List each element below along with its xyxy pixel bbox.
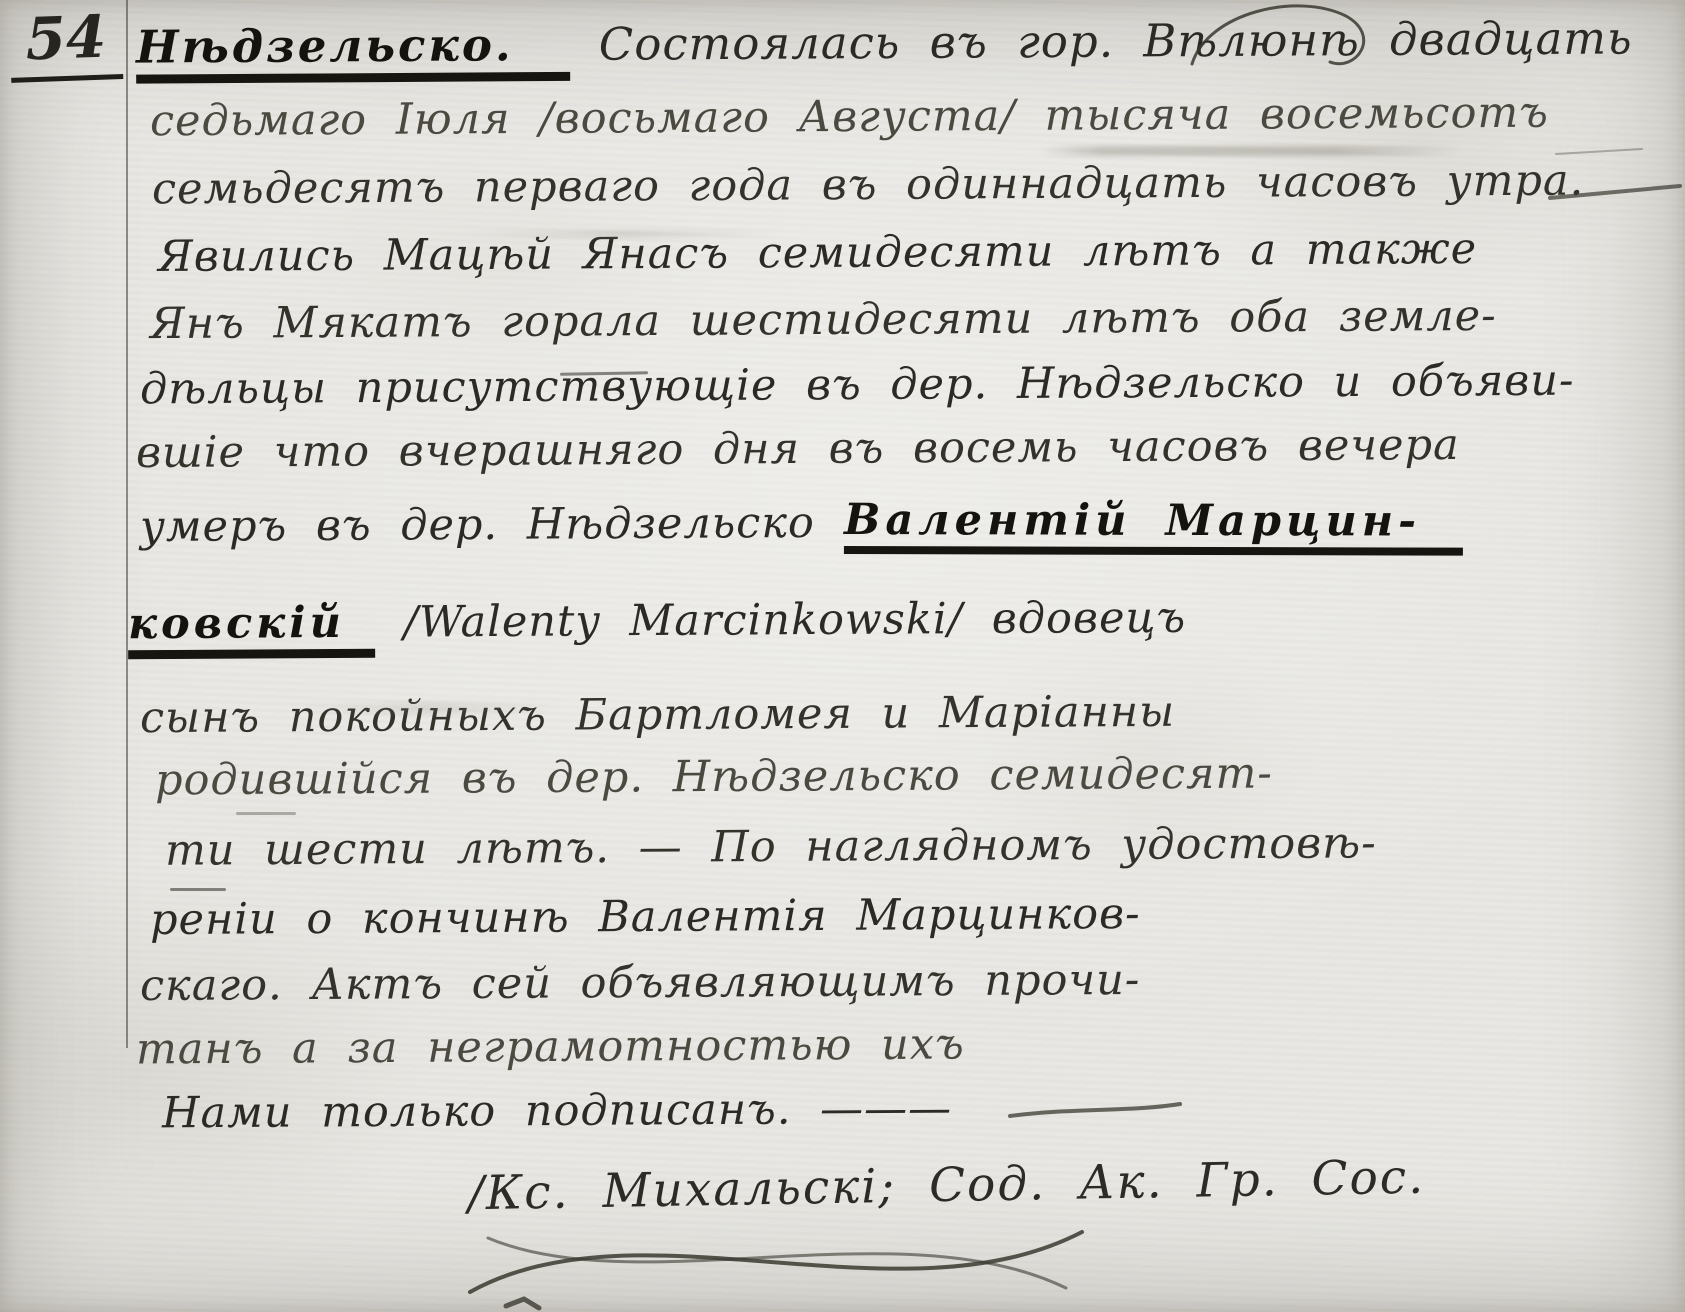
line-text: Нами только подписанъ. ——— bbox=[162, 1084, 952, 1139]
scanned-register-page: 54 Нѣдзельско. Состоялась въ гор. Вѣлюнѣ… bbox=[0, 0, 1685, 1312]
deceased-name-part2: ковскій bbox=[128, 598, 375, 660]
handwriting-line: танъ а за неграмотностью ихъ bbox=[136, 1019, 965, 1074]
record-heading-place: Нѣдзельско. bbox=[136, 18, 570, 84]
clerk-signature: /Кс. Михальскі; Сод. Ак. Гр. Сос. bbox=[468, 1150, 1426, 1222]
line-text: танъ а за неграмотностью ихъ bbox=[136, 1019, 965, 1074]
entry-number: 54 bbox=[9, 2, 124, 83]
handwriting-line: Нѣдзельско. Состоялась въ гор. Вѣлюнѣ дв… bbox=[136, 11, 1633, 83]
handwriting-line: Нами только подписанъ. ——— bbox=[162, 1084, 952, 1139]
handwriting-line: вшіе что вчерашняго дня въ восемь часовъ… bbox=[136, 420, 1460, 478]
ink-flourish bbox=[1010, 1104, 1180, 1116]
handwriting-line: скаго. Актъ сей объявляющимъ прочи- bbox=[140, 955, 1141, 1011]
handwriting-line: умеръ въ дер. Нѣдзельско Валентій Марцин… bbox=[140, 494, 1463, 561]
line-text: семьдесятъ перваго года въ одиннадцать ч… bbox=[152, 156, 1585, 215]
handwriting-line: родившійся въ дер. Нѣдзельско семидесят- bbox=[155, 749, 1273, 806]
handwriting-line: Явились Мацѣй Янасъ семидесяти лѣтъ а та… bbox=[158, 224, 1477, 282]
signature-flourish bbox=[470, 1232, 1082, 1292]
line-text: Янъ Мякатъ горала шестидесяти лѣтъ оба з… bbox=[150, 291, 1497, 349]
line-text: умеръ въ дер. Нѣдзельско bbox=[140, 498, 844, 552]
word-underline-mark bbox=[170, 888, 226, 891]
handwriting-line: реніи о кончинѣ Валентія Марцинков- bbox=[150, 889, 1141, 945]
margin-rule bbox=[126, 0, 128, 1048]
ink-smudge bbox=[1040, 146, 1460, 156]
line-text: седьмаго Іюля /восьмаго Августа/ тысяча … bbox=[150, 88, 1549, 147]
line-text: Состоялась въ гор. Вѣлюнѣ двадцать bbox=[569, 11, 1632, 70]
line-text: сынъ покойныхъ Бартломея и Маріанны bbox=[140, 687, 1175, 743]
deceased-name-part1: Валентій Марцин- bbox=[843, 495, 1462, 556]
handwriting-line: семьдесятъ перваго года въ одиннадцать ч… bbox=[152, 156, 1585, 215]
handwriting-line: седьмаго Іюля /восьмаго Августа/ тысяча … bbox=[150, 88, 1549, 147]
line-text: родившійся въ дер. Нѣдзельско семидесят- bbox=[155, 749, 1273, 806]
line-text: дѣльцы присутствующіе въ дер. Нѣдзельско… bbox=[140, 356, 1575, 415]
handwriting-line: сынъ покойныхъ Бартломея и Маріанны bbox=[140, 687, 1175, 743]
handwriting-line: ти шести лѣтъ. — По наглядномъ удостовѣ- bbox=[165, 818, 1377, 875]
handwriting-line: Янъ Мякатъ горала шестидесяти лѣтъ оба з… bbox=[150, 291, 1497, 349]
handwriting-line: дѣльцы присутствующіе въ дер. Нѣдзельско… bbox=[140, 356, 1575, 415]
ink-flourish bbox=[1556, 149, 1642, 154]
line-text: /Walenty Marcinkowski/ вдовецъ bbox=[375, 593, 1187, 648]
word-underline-mark bbox=[236, 812, 296, 815]
line-text: реніи о кончинѣ Валентія Марцинков- bbox=[150, 889, 1141, 945]
handwriting-line: ковскій /Walenty Marcinkowski/ вдовецъ bbox=[128, 593, 1186, 659]
line-text: вшіе что вчерашняго дня въ восемь часовъ… bbox=[136, 420, 1460, 478]
signature-flourish bbox=[488, 1238, 1066, 1288]
ink-flourish bbox=[506, 1299, 539, 1308]
line-text: Явились Мацѣй Янасъ семидесяти лѣтъ а та… bbox=[158, 224, 1477, 282]
line-text: скаго. Актъ сей объявляющимъ прочи- bbox=[140, 955, 1141, 1011]
line-text: ти шести лѣтъ. — По наглядномъ удостовѣ- bbox=[165, 818, 1377, 875]
